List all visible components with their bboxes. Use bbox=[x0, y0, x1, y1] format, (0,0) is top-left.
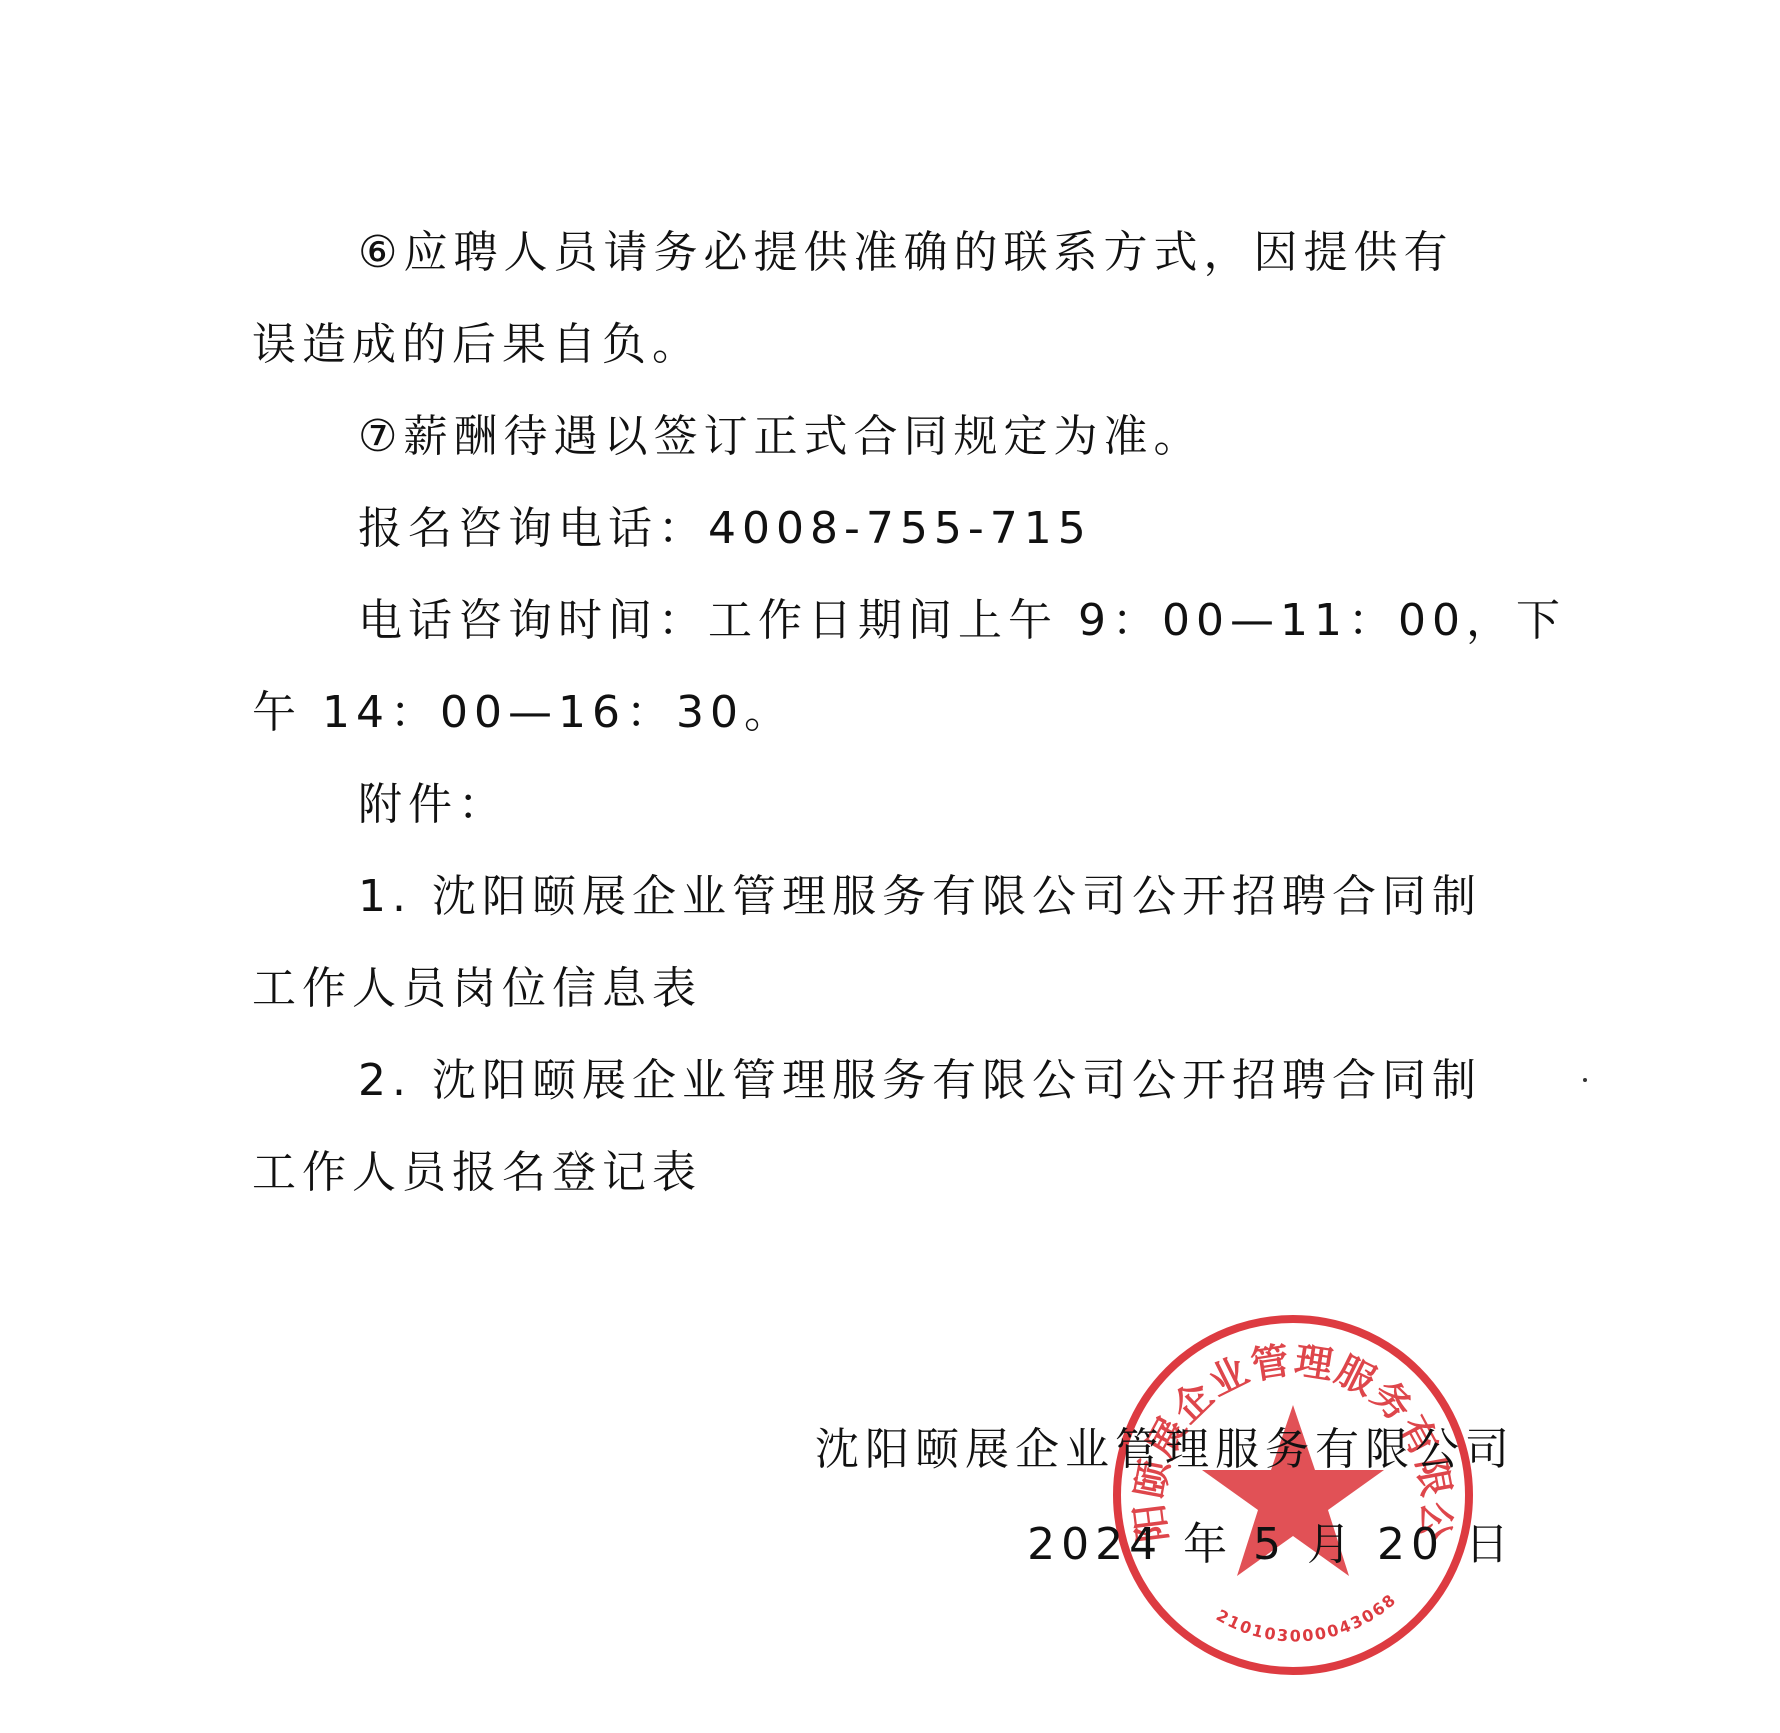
attachment2-line1: 2. 沈阳颐展企业管理服务有限公司公开招聘合同制 bbox=[358, 1051, 1482, 1111]
phone-line: 报名咨询电话：4008-755-715 bbox=[358, 499, 1092, 559]
svg-text:210103000043068: 210103000043068 bbox=[1213, 1589, 1400, 1645]
attachment2-line2: 工作人员报名登记表 bbox=[252, 1143, 702, 1203]
hours-line1: 电话咨询时间：工作日期间上午 9：00—11：00，下 bbox=[358, 591, 1566, 651]
signature-company: 沈阳颐展企业管理服务有限公司 bbox=[815, 1420, 1515, 1480]
attachment1-line1: 1. 沈阳颐展企业管理服务有限公司公开招聘合同制 bbox=[358, 867, 1482, 927]
company-seal-stamp: 沈阳颐展企业管理服务有限公司 210103000043068 bbox=[1108, 1310, 1478, 1680]
item6-line1: ⑥应聘人员请务必提供准确的联系方式，因提供有 bbox=[358, 223, 1453, 283]
signature-date: 2024 年 5 月 20 日 bbox=[1027, 1515, 1515, 1575]
scan-speck bbox=[1583, 1078, 1587, 1082]
attachments-label: 附件： bbox=[358, 775, 508, 835]
item6-line2: 误造成的后果自负。 bbox=[252, 315, 702, 375]
hours-line2: 午 14：00—16：30。 bbox=[252, 683, 794, 743]
attachment1-line2: 工作人员岗位信息表 bbox=[252, 959, 702, 1019]
item7: ⑦薪酬待遇以签订正式合同规定为准。 bbox=[358, 407, 1203, 467]
